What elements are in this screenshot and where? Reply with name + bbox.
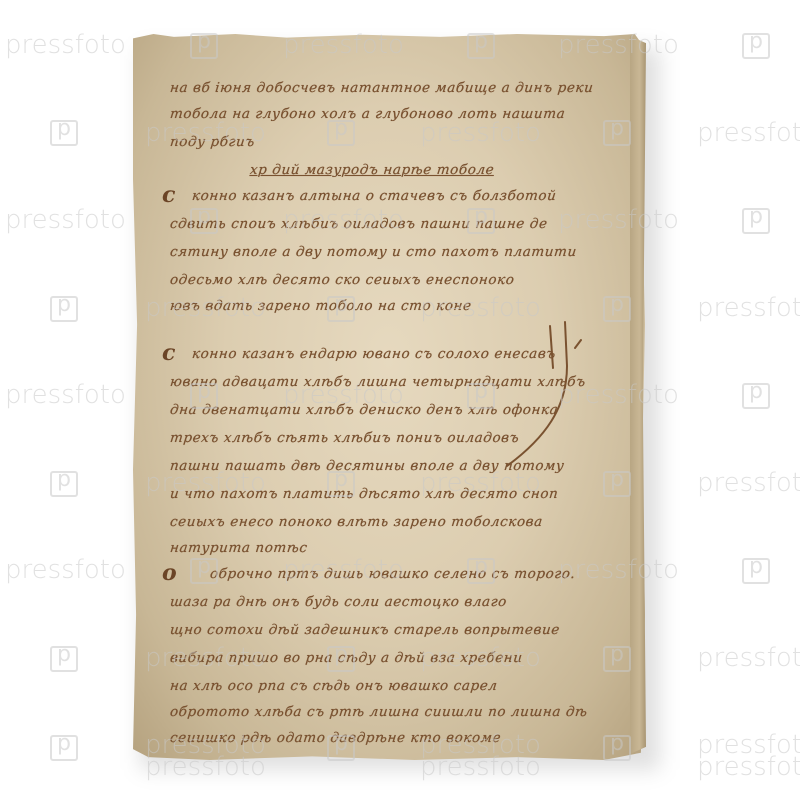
- watermark-text: pressfoto: [5, 380, 126, 410]
- watermark-logo-icon: [50, 735, 78, 761]
- manuscript-line: ювъ вдать зарено тоболо на сто коне: [169, 298, 472, 314]
- manuscript-line: оброчно пртъ дишь ювашко селено съ торог…: [209, 566, 576, 582]
- manuscript-line: и что пахотъ платить дѣсято хлѣ десято с…: [169, 486, 559, 502]
- manuscript-line: конно казанъ алтына о стачевъ съ болзбот…: [191, 188, 557, 204]
- manuscript-line: сеиыхъ енесо поноко влѣть зарено тоболск…: [169, 514, 544, 530]
- manuscript-heading: хр дий мазуродъ нарѣе тоболе: [249, 162, 495, 178]
- manuscript-line: тобола на глубоно холъ а глубоново лоть …: [169, 106, 566, 122]
- watermark-text: pressfoto: [697, 293, 800, 323]
- manuscript-line: на вб іюня добосчевъ натантное мабище а …: [169, 80, 594, 96]
- watermark-text: pressfoto: [5, 555, 126, 585]
- manuscript-line: дна двенатцати хлѣбъ дениско денъ хлѣ оф…: [169, 402, 559, 418]
- manuscript-line: поду рбгиъ: [169, 134, 256, 150]
- manuscript-initial: с: [162, 182, 175, 208]
- watermark-logo-icon: [742, 558, 770, 584]
- watermark-logo-icon: [742, 208, 770, 234]
- manuscript-line: сеиишко рдѣ одато давдрѣне кто вокоме: [169, 730, 502, 746]
- manuscript-line: конно казанъ ендарю ювано съ солохо енес…: [191, 346, 557, 362]
- watermark-text: pressfoto: [5, 30, 126, 60]
- watermark-logo-icon: [50, 471, 78, 497]
- manuscript-line: трехъ хлѣбъ сѣять хлѣбиъ пониъ оиладовъ: [169, 430, 520, 446]
- manuscript-line: сятину вполе а дву потому и сто пахотъ п…: [169, 244, 577, 260]
- watermark-logo-icon: [50, 120, 78, 146]
- watermark-text: pressfoto: [697, 468, 800, 498]
- manuscript-initial: о: [162, 560, 177, 586]
- watermark-logo-icon: [742, 33, 770, 59]
- watermark-text: pressfoto: [5, 205, 126, 235]
- manuscript-line: натурита потѣс: [169, 540, 308, 556]
- manuscript-line: на хлѣ осо рпа съ сѣдь онъ ювашко сарел: [169, 678, 498, 694]
- watermark-logo-icon: [742, 383, 770, 409]
- watermark-logo-icon: [50, 296, 78, 322]
- manuscript-initial: с: [162, 340, 175, 366]
- watermark-logo-icon: [50, 646, 78, 672]
- marginal-flourish-icon: [505, 318, 615, 468]
- manuscript-line: одесьмо хлѣ десято ско сеиыхъ енеспоноко: [169, 272, 515, 288]
- watermark-text: pressfoto: [697, 752, 800, 782]
- watermark-text: pressfoto: [697, 730, 800, 760]
- manuscript-line: вибира пришо во рна сѣду а дѣй вза хребе…: [169, 650, 523, 666]
- watermark-text: pressfoto: [697, 118, 800, 148]
- manuscript-line: шаза ра днѣ онъ будь соли аестоцко влаго: [169, 594, 508, 610]
- manuscript-line: сдвить споиъ хлѣбиъ оиладовъ пашни пашне…: [169, 216, 548, 232]
- watermark-text: pressfoto: [697, 643, 800, 673]
- manuscript-line: обротото хлѣба съ ртѣ лишна сиишли по ли…: [169, 704, 588, 720]
- manuscript-line: щно сотохи дѣй задешникъ старель вопрыте…: [169, 622, 561, 638]
